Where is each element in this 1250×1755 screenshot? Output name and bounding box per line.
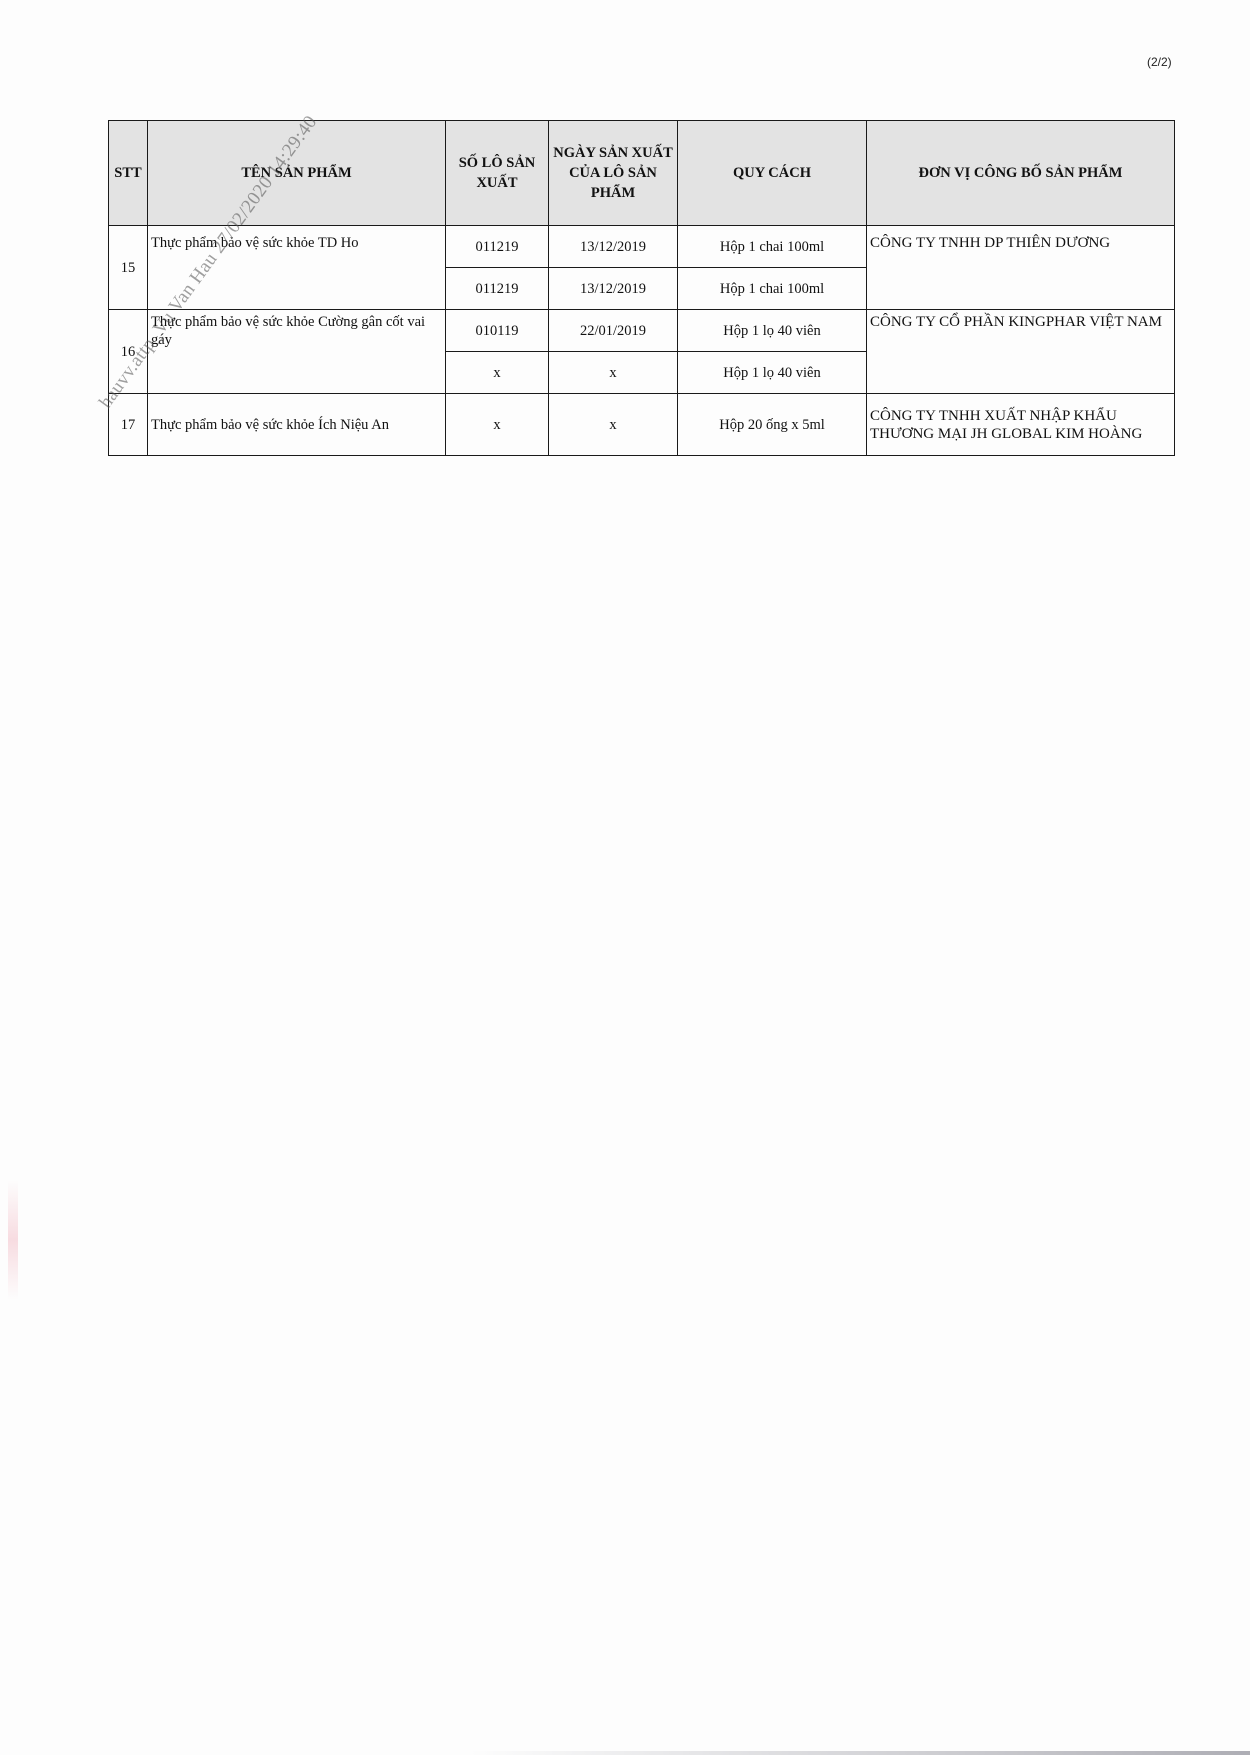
header-packaging: QUY CÁCH xyxy=(678,121,867,226)
cell-lot-number: x xyxy=(446,394,549,456)
page-number: (2/2) xyxy=(1147,55,1172,69)
header-product-name: TÊN SẢN PHẨM xyxy=(148,121,446,226)
header-stt: STT xyxy=(109,121,148,226)
cell-product-name: Thực phẩm bảo vệ sức khỏe Cường gân cốt … xyxy=(148,310,446,394)
cell-packaging: Hộp 20 ống x 5ml xyxy=(678,394,867,456)
cell-declaring-unit: CÔNG TY CỔ PHẦN KINGPHAR VIỆT NAM xyxy=(867,310,1175,394)
cell-lot-number: 011219 xyxy=(446,226,549,268)
cell-lot-number: x xyxy=(446,352,549,394)
cell-production-date: 13/12/2019 xyxy=(549,226,678,268)
table-row: 17 Thực phẩm bảo vệ sức khỏe Ích Niệu An… xyxy=(109,394,1175,456)
table-row: 15 Thực phẩm bảo vệ sức khỏe TD Ho 01121… xyxy=(109,226,1175,268)
cell-lot-number: 011219 xyxy=(446,268,549,310)
cell-packaging: Hộp 1 lọ 40 viên xyxy=(678,352,867,394)
cell-production-date: x xyxy=(549,352,678,394)
cell-stt: 17 xyxy=(109,394,148,456)
product-table: STT TÊN SẢN PHẨM SỐ LÔ SẢN XUẤT NGÀY SẢN… xyxy=(108,120,1175,456)
table-header-row: STT TÊN SẢN PHẨM SỐ LÔ SẢN XUẤT NGÀY SẢN… xyxy=(109,121,1175,226)
cell-lot-number: 010119 xyxy=(446,310,549,352)
scan-edge xyxy=(470,1751,1250,1755)
header-lot-number: SỐ LÔ SẢN XUẤT xyxy=(446,121,549,226)
cell-packaging: Hộp 1 lọ 40 viên xyxy=(678,310,867,352)
header-declaring-unit: ĐƠN VỊ CÔNG BỐ SẢN PHẨM xyxy=(867,121,1175,226)
cell-stt: 15 xyxy=(109,226,148,310)
cell-declaring-unit: CÔNG TY TNHH DP THIÊN DƯƠNG xyxy=(867,226,1175,310)
cell-stt: 16 xyxy=(109,310,148,394)
cell-packaging: Hộp 1 chai 100ml xyxy=(678,268,867,310)
cell-declaring-unit: CÔNG TY TNHH XUẤT NHẬP KHẨU THƯƠNG MẠI J… xyxy=(867,394,1175,456)
cell-production-date: 22/01/2019 xyxy=(549,310,678,352)
header-production-date: NGÀY SẢN XUẤT CỦA LÔ SẢN PHẨM xyxy=(549,121,678,226)
cell-product-name: Thực phẩm bảo vệ sức khỏe Ích Niệu An xyxy=(148,394,446,456)
cell-product-name: Thực phẩm bảo vệ sức khỏe TD Ho xyxy=(148,226,446,310)
cell-production-date: 13/12/2019 xyxy=(549,268,678,310)
stamp-trace xyxy=(8,1180,18,1300)
cell-packaging: Hộp 1 chai 100ml xyxy=(678,226,867,268)
table-row: 16 Thực phẩm bảo vệ sức khỏe Cường gân c… xyxy=(109,310,1175,352)
cell-production-date: x xyxy=(549,394,678,456)
